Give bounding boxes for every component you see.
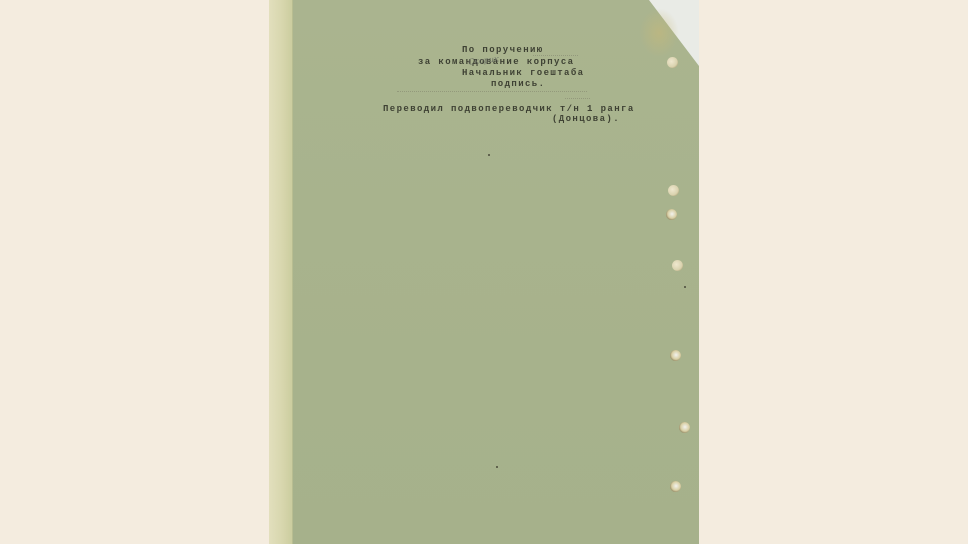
text-line-6: (Донцова). [552, 114, 620, 124]
punch-hole [670, 481, 681, 492]
text-line-1: По поручению [462, 45, 544, 55]
punch-hole [668, 185, 679, 196]
dotted-line [397, 91, 587, 92]
binding-strip [269, 0, 293, 544]
ink-speck [488, 154, 490, 156]
dotted-line [565, 98, 590, 99]
punch-hole [667, 57, 678, 68]
punch-hole [666, 209, 677, 220]
punch-hole [672, 260, 683, 271]
punch-hole [679, 422, 690, 433]
ink-speck [496, 466, 498, 468]
corner-stain [639, 8, 679, 58]
text-line-4: подпись. [491, 79, 545, 89]
text-line-5: Переводил подвопереводчик т/н 1 ранга [383, 104, 635, 114]
ink-speck [684, 286, 686, 288]
text-line-3: Начальник гоештаба [462, 68, 584, 78]
document-page [269, 0, 699, 544]
dotted-line [533, 55, 578, 56]
punch-hole [670, 350, 681, 361]
paper-sheet [269, 0, 699, 544]
